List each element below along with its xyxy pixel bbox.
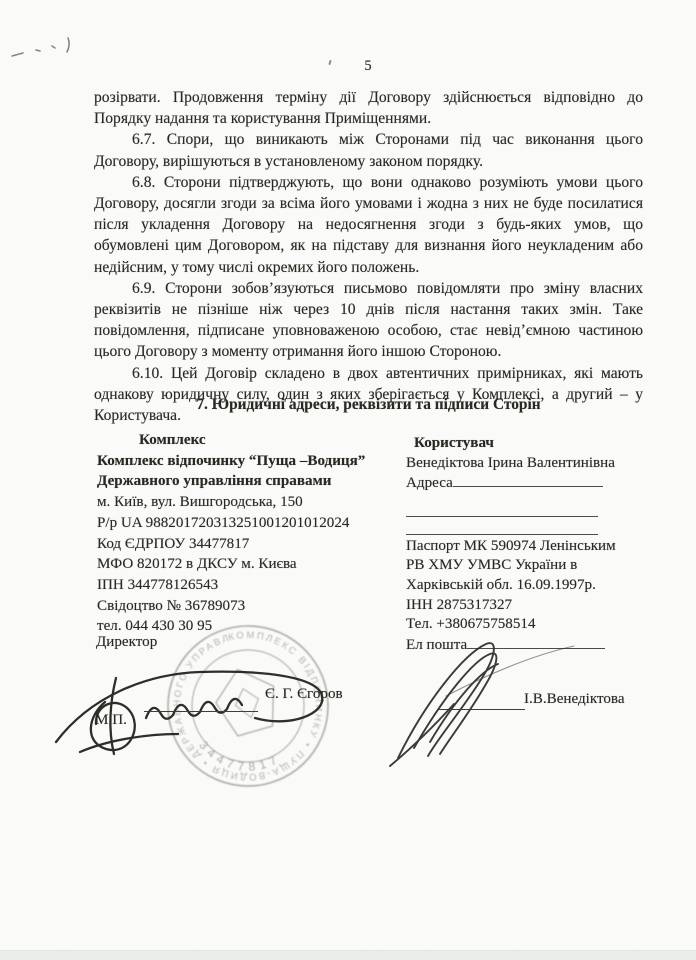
complex-title: Комплекс [97,430,405,451]
contract-paragraph: 6.7. Спори, що виникають між Сторонами п… [94,129,643,171]
contract-paragraph: розірвати. Продовження терміну дії Догов… [94,87,643,129]
user-detail-line: Паспорт МК 590974 Ленінським [406,537,648,557]
user-detail-line: РВ ХМУ УМВС України в [406,556,648,576]
complex-org-name: Державного управління справами [97,471,405,492]
user-column: Користувач Венедіктова Ірина Валентинівн… [406,434,648,655]
blank-line [406,521,598,535]
contract-body: розірвати. Продовження терміну дії Догов… [94,87,643,426]
blank-line [406,503,598,517]
complex-detail-line: м. Київ, вул. Вишгородська, 150 [97,492,405,513]
user-detail-line: ІНН 2875317327 [406,596,648,616]
section-heading: 7. Юридичні адреси, реквізити та підписи… [94,396,643,414]
complex-detail-line: Р/р UA 988201720313251001201012024 [97,513,405,534]
scan-noise-band [0,826,696,921]
address-label: Адреса [406,475,453,491]
page-number: 5 [94,58,643,75]
director-signer-name: Є. Г. Єгоров [265,686,343,703]
complex-org-name: Комплекс відпочинку “Пуща –Водиця” [97,451,405,472]
contract-paragraph: 6.8. Сторони підтверджують, що вони одна… [94,172,643,278]
complex-detail-line: МФО 820172 в ДКСУ м. Києва [97,554,405,575]
contract-paragraph: 6.10. Цей Договір складено в двох автент… [94,363,643,427]
complex-detail-line: ІПН 344778126543 [97,575,405,596]
signature-line [144,711,258,712]
address-blank-line [453,473,603,487]
seal-place-label: М.П. [95,712,127,729]
page-number-value: 5 [364,58,372,74]
blank-field [406,503,648,519]
director-role-label: Директор [96,634,157,651]
contract-paragraph: 6.9. Сторони зобов’язуються письмово пов… [94,278,643,363]
user-signer-name: І.В.Венедіктова [524,691,625,708]
complex-detail-line: Код ЄДРПОУ 34477817 [97,534,405,555]
address-field: Адреса [406,473,648,494]
scan-edge-strip [0,950,696,960]
signature-line [437,709,525,710]
user-detail-line: Харківській обл. 16.09.1997р. [406,576,648,596]
user-name: Венедіктова Ірина Валентинівна [406,454,648,474]
pen-tick-mark [328,60,331,65]
pen-marks [8,34,88,68]
blank-field [406,521,648,537]
scanned-contract-page: 5 розірвати. Продовження терміну дії Дог… [0,0,696,960]
user-title: Користувач [406,434,648,454]
complex-column: Комплекс Комплекс відпочинку “Пуща –Води… [97,430,405,637]
